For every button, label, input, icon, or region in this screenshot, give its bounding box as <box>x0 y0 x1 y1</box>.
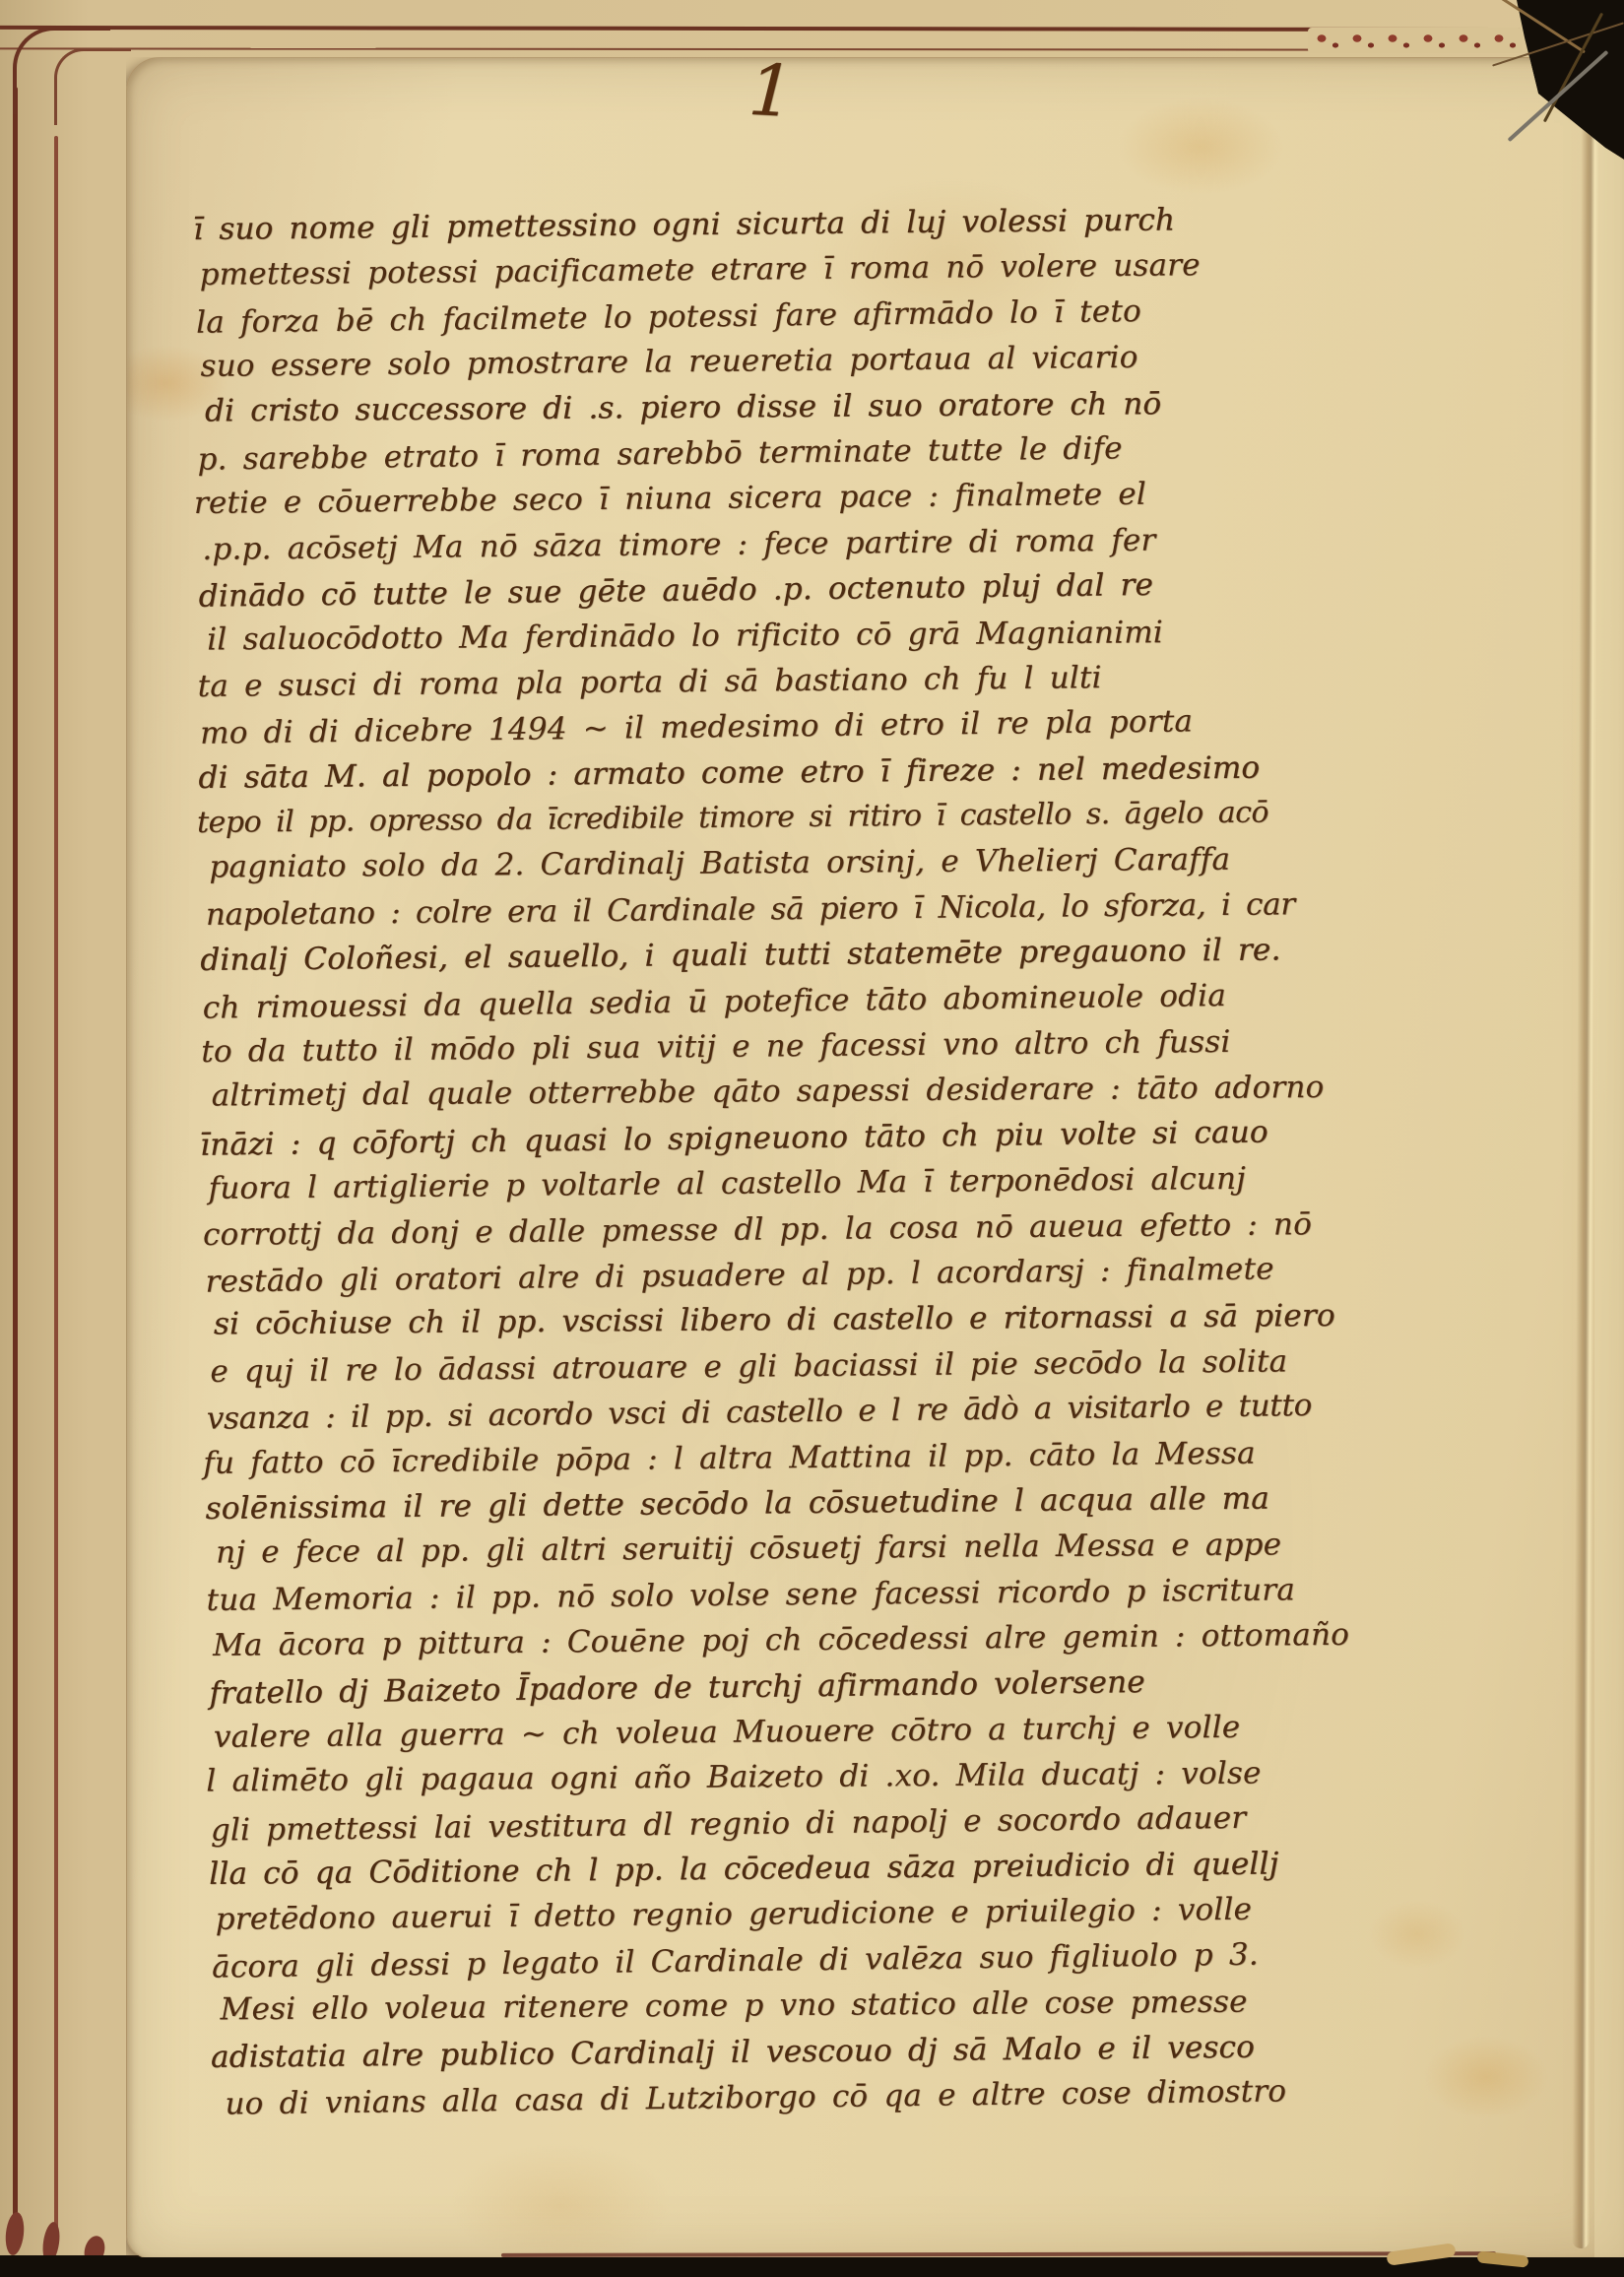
left-page-edge-line-thin <box>54 136 58 2239</box>
bottom-edge-stain <box>4 2211 27 2256</box>
manuscript-text-block: ī suo nome gli pmettessino ogni sicurta … <box>193 194 1522 2125</box>
manuscript-photo: 1 ī suo nome gli pmettessino ogni sicurt… <box>0 0 1624 2277</box>
folio-number: 1 <box>747 54 796 127</box>
red-speckled-edge <box>1308 28 1523 53</box>
under-page-corner-inner <box>54 48 131 125</box>
manuscript-line: il saluocōdotto Ma ferdinādo lo rificito… <box>207 607 1507 662</box>
bottom-edge-ink-line <box>501 2251 1496 2257</box>
top-page-edge-line <box>0 26 1520 32</box>
fore-edge-margin <box>1594 58 1624 2258</box>
bottom-edge-stain <box>82 2234 108 2267</box>
top-page-edge-line-thin <box>0 47 1482 50</box>
bottom-edge-stain <box>40 2221 62 2264</box>
left-page-edge-line <box>13 87 18 2229</box>
